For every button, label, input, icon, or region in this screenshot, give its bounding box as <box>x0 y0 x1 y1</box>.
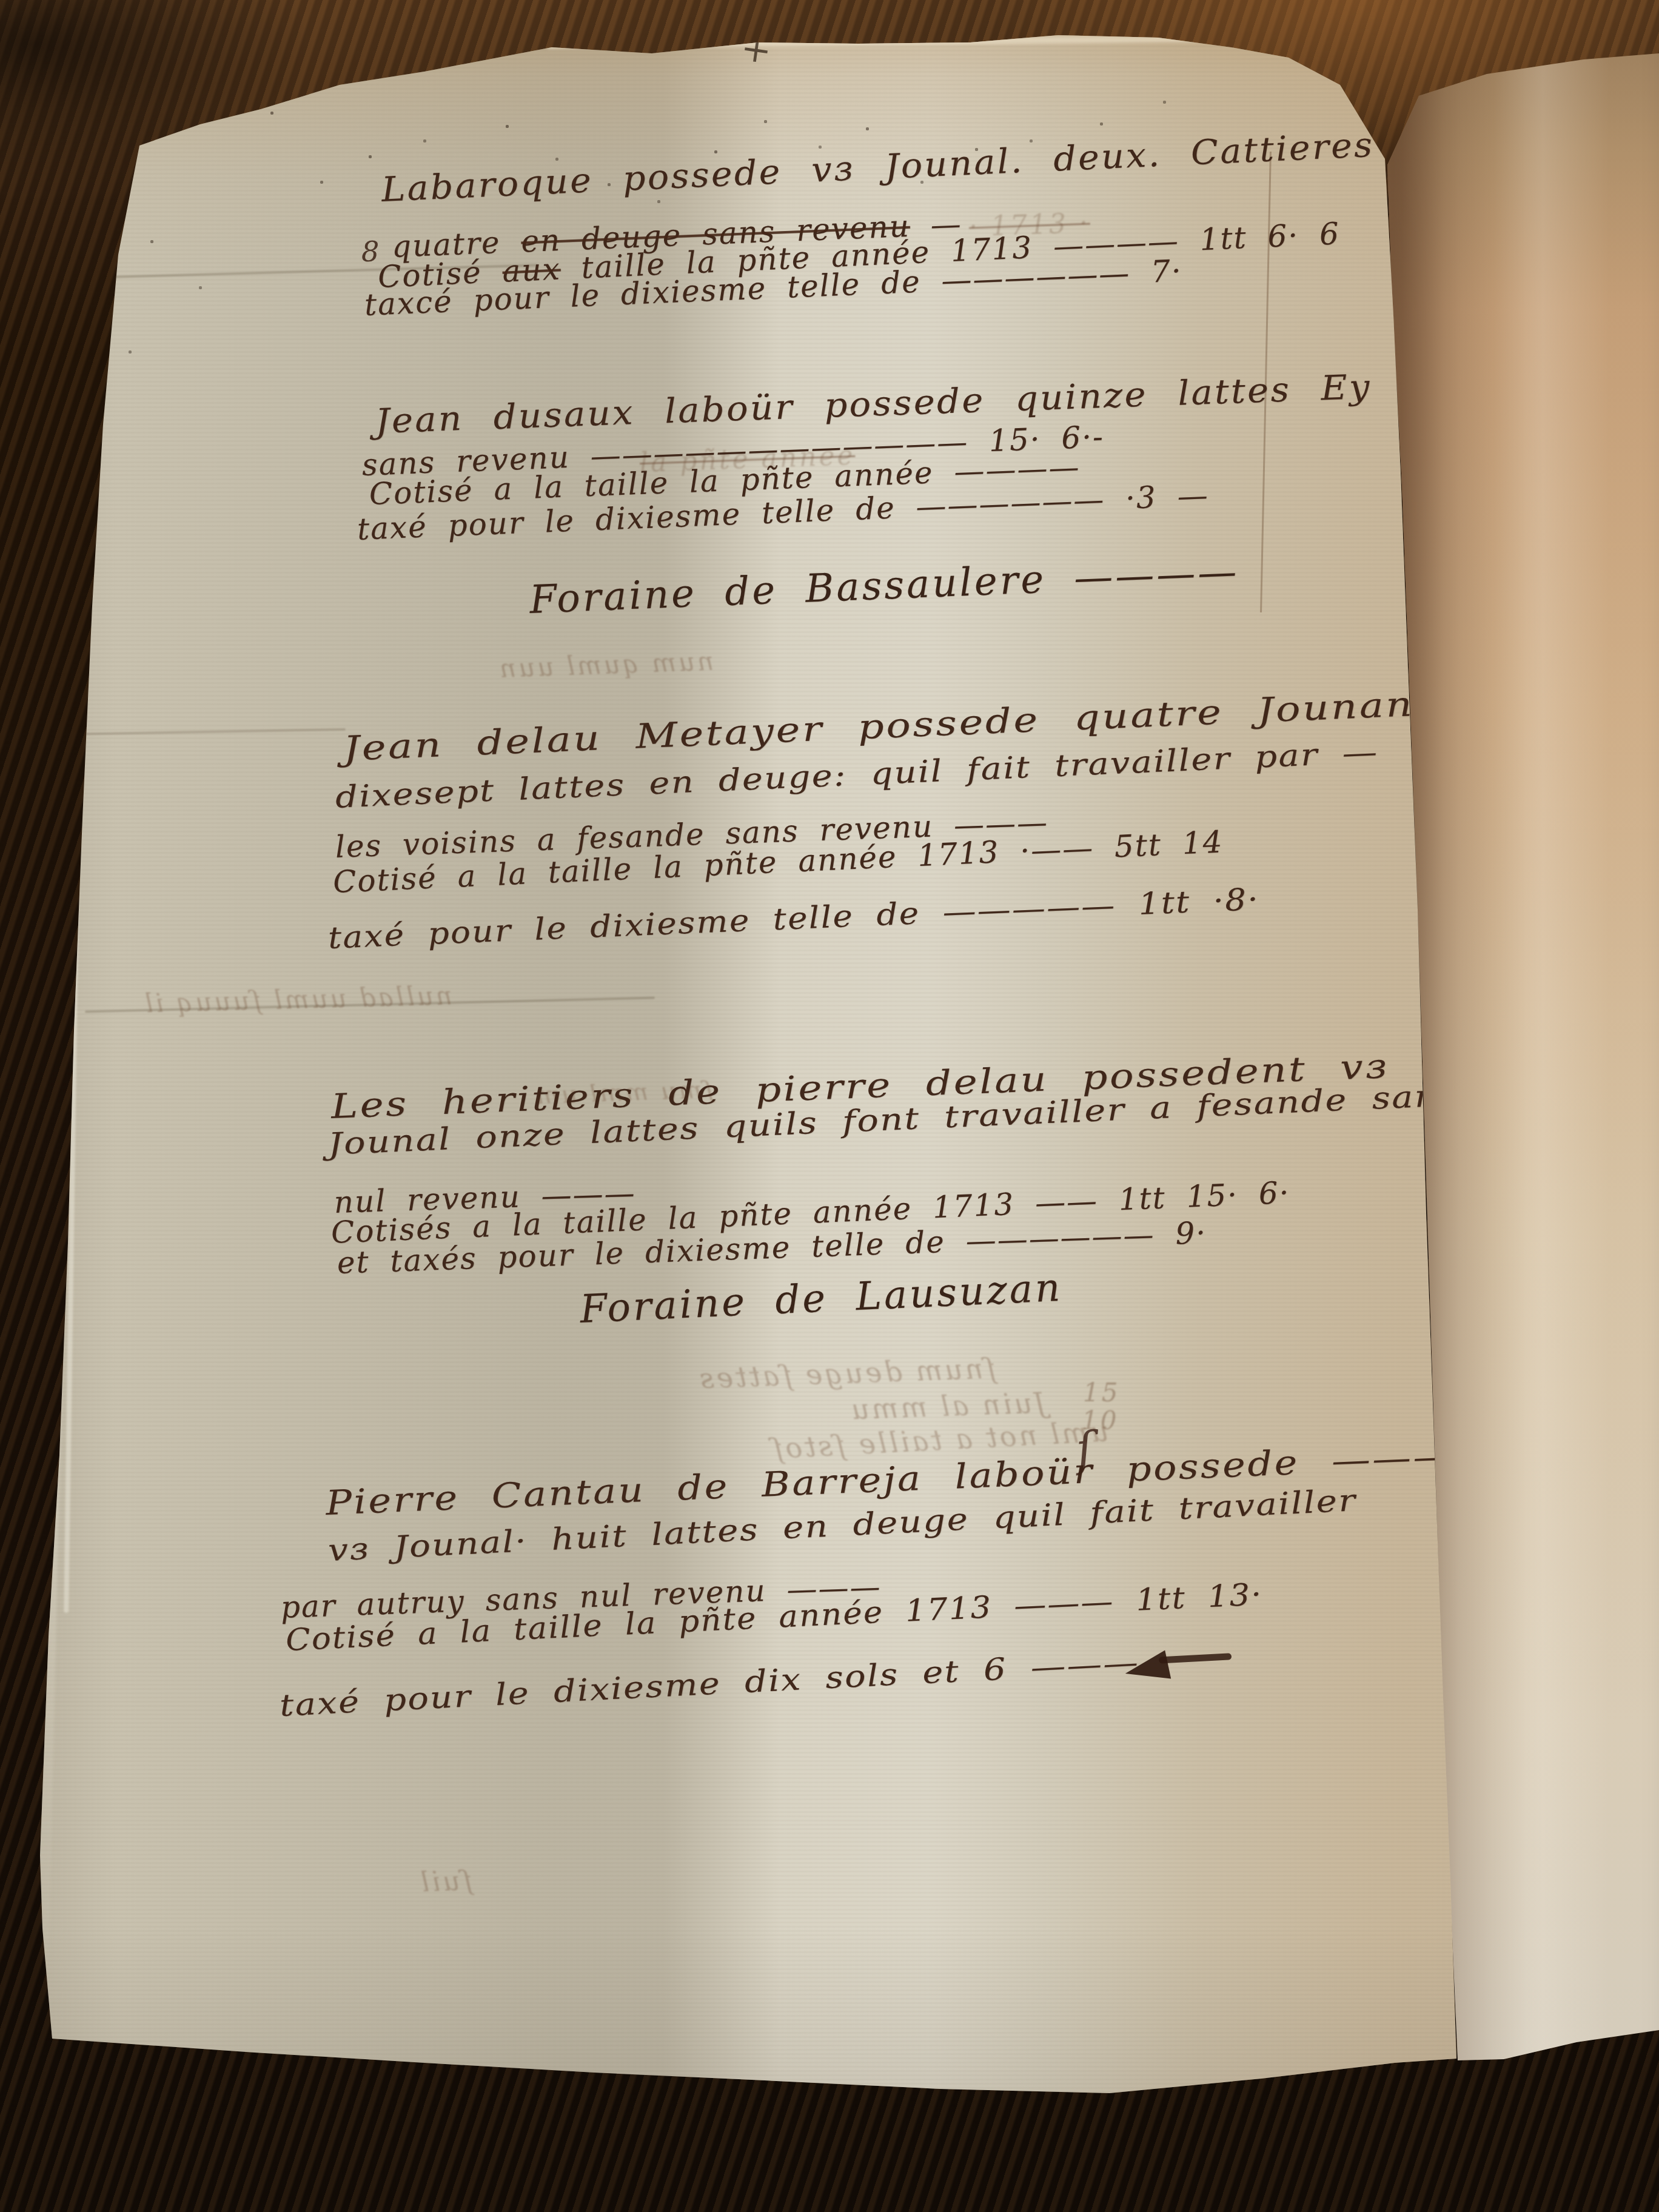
correction-arrow-mark <box>1122 1635 1244 1701</box>
bleed-fragment: num quml uun <box>497 649 714 682</box>
manuscript-line: taxé pour le dixiesme telle de ————— 1tt… <box>327 884 1260 953</box>
bleed-line <box>61 728 346 736</box>
section-heading-foraine-lausuzan: Foraine de Lausuzan <box>579 1269 1063 1329</box>
deckle-edge-highlight <box>31 182 89 2031</box>
bleed-fragment: ſuil <box>418 1868 472 1896</box>
photo-stage: ſnum deuge ſattes Juin al mmu uml not a … <box>0 0 1659 2212</box>
manuscript-line: taxé pour le dixiesme dix sols et 6 ——— <box>279 1647 1140 1721</box>
entry-name-line: Labaroque possede vз Jounal. deux. Catti… <box>381 124 1463 207</box>
bleed-fragment: nullad uuml ſuuuq il <box>142 983 453 1016</box>
collation-cross-mark: + <box>739 30 774 70</box>
torn-top-edge-highlight <box>546 33 1310 49</box>
bleed-fragment: ſnum deuge ſattes <box>697 1354 996 1392</box>
section-heading-foraine-bassaulere: Foraine de Bassaulere ———— <box>529 552 1239 620</box>
arrow-tail <box>1159 1653 1232 1663</box>
ink-specks <box>0 0 1 1</box>
deckle-edge-highlight <box>64 158 89 1613</box>
bleed-fragment: 15 <box>1083 1380 1120 1406</box>
bleed-fragment: Juin al mmu <box>848 1389 1046 1423</box>
margin-numeral: 8 <box>361 238 379 266</box>
